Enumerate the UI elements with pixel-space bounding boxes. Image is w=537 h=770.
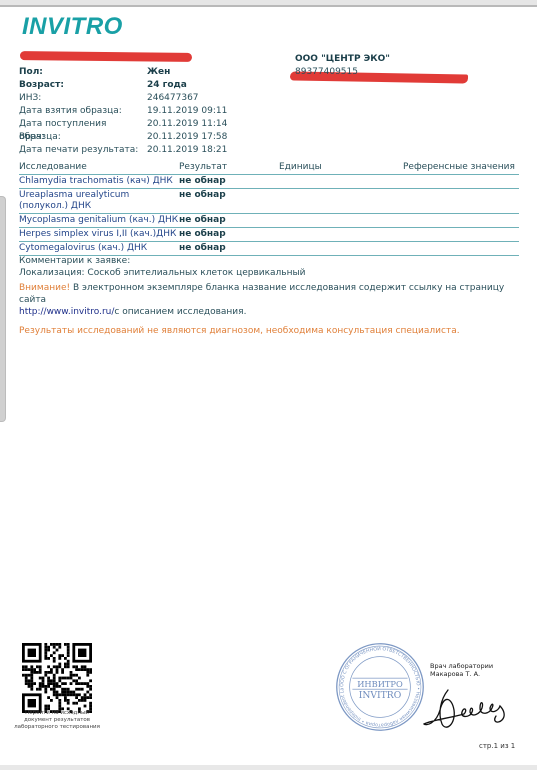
table-row: Herpes simplex virus I,II (кач.)ДНКне об… bbox=[19, 228, 519, 242]
stamp-text-top: ИНВИТРО bbox=[357, 679, 403, 689]
field-value: 24 года bbox=[147, 79, 187, 92]
test-reference bbox=[403, 176, 519, 187]
test-result: не обнар bbox=[179, 243, 279, 254]
header-reference: Референсные значения bbox=[403, 161, 519, 174]
test-units bbox=[279, 176, 403, 187]
organization-phone: 89377409515 bbox=[295, 66, 390, 79]
table-row: Mycoplasma genitalium (кач.) ДНКне обнар bbox=[19, 214, 519, 228]
field-label: ИНЗ: bbox=[19, 92, 147, 105]
field-label: Дата взятия образца: bbox=[19, 105, 147, 118]
table-row: Cytomegalovirus (кач.) ДНКне обнар bbox=[19, 242, 519, 256]
invitro-logo: INVITRO bbox=[22, 13, 123, 41]
table-row: Ureaplasma urealyticum (полукол.) ДНКне … bbox=[19, 189, 519, 214]
field-value: 246477367 bbox=[147, 92, 199, 105]
organization-name: ООО "ЦЕНТР ЭКО" bbox=[295, 53, 390, 66]
table-header: Исследование Результат Единицы Референсн… bbox=[19, 161, 519, 175]
table-row: Chlamydia trachomatis (кач) ДНКне обнар bbox=[19, 175, 519, 189]
patient-field-row: Дата печати результата:20.11.2019 18:21 bbox=[19, 144, 227, 157]
test-reference bbox=[403, 243, 519, 254]
test-name[interactable]: Mycoplasma genitalium (кач.) ДНК bbox=[19, 215, 179, 226]
link-suffix: с описанием исследования. bbox=[114, 307, 246, 317]
signer-title: Врач лаборатории bbox=[430, 662, 493, 670]
redacted-patient-name bbox=[20, 51, 192, 62]
test-result: не обнар bbox=[179, 190, 279, 212]
field-label: Врач: bbox=[19, 131, 147, 144]
test-reference bbox=[403, 229, 519, 240]
test-units bbox=[279, 190, 403, 212]
field-label: Дата печати результата: bbox=[19, 144, 147, 157]
warning-paragraph: Внимание! В электронном экземпляре бланк… bbox=[19, 282, 519, 318]
comments-title: Комментарии к заявке: bbox=[19, 255, 519, 267]
header-units: Единицы bbox=[279, 161, 403, 174]
test-name[interactable]: Ureaplasma urealyticum (полукол.) ДНК bbox=[19, 190, 179, 212]
test-units bbox=[279, 243, 403, 254]
patient-field-row: Дата взятия образца:19.11.2019 09:11 bbox=[19, 105, 227, 118]
test-name[interactable]: Chlamydia trachomatis (кач) ДНК bbox=[19, 176, 179, 187]
stamp-text-bottom: INVITRO bbox=[359, 690, 402, 701]
field-value: 20.11.2019 11:14 bbox=[147, 118, 227, 131]
test-result: не обнар bbox=[179, 229, 279, 240]
window-top-bar bbox=[0, 0, 537, 7]
window-bottom-bar bbox=[0, 765, 537, 770]
field-value: 19.11.2019 09:11 bbox=[147, 105, 227, 118]
header-result: Результат bbox=[179, 161, 279, 174]
test-units bbox=[279, 215, 403, 226]
qr-caption: Перейти на исходный документ результатов… bbox=[12, 710, 102, 731]
patient-field-row: Дата поступления образца:20.11.2019 11:1… bbox=[19, 118, 227, 131]
test-reference bbox=[403, 215, 519, 226]
field-label: Дата поступления образца: bbox=[19, 118, 147, 131]
test-name[interactable]: Herpes simplex virus I,II (кач.)ДНК bbox=[19, 229, 179, 240]
field-value: 20.11.2019 17:58 bbox=[147, 131, 227, 144]
scrollbar-thumb[interactable] bbox=[0, 196, 6, 422]
warning-text: В электронном экземпляре бланка название… bbox=[19, 283, 504, 305]
patient-field-row: Пол:Жен bbox=[19, 66, 227, 79]
test-reference bbox=[403, 190, 519, 212]
disclaimer-notice: Результаты исследований не являются диаг… bbox=[19, 325, 519, 337]
test-result: не обнар bbox=[179, 176, 279, 187]
field-value: 20.11.2019 18:21 bbox=[147, 144, 227, 157]
signer-block: Врач лаборатории Макарова Т. А. bbox=[430, 662, 493, 678]
organization-block: ООО "ЦЕНТР ЭКО" 89377409515 bbox=[295, 53, 390, 79]
patient-field-row: Врач:20.11.2019 17:58 bbox=[19, 131, 227, 144]
localization-text: Локализация: Соскоб эпителиальных клеток… bbox=[19, 267, 519, 279]
field-label: Пол: bbox=[19, 66, 147, 79]
page-number: стр.1 из 1 bbox=[479, 742, 515, 750]
test-name[interactable]: Cytomegalovirus (кач.) ДНК bbox=[19, 243, 179, 254]
comments-section: Комментарии к заявке: Локализация: Соско… bbox=[19, 255, 519, 337]
results-table: Исследование Результат Единицы Референсн… bbox=[19, 161, 519, 256]
test-units bbox=[279, 229, 403, 240]
test-result: не обнар bbox=[179, 215, 279, 226]
header-test: Исследование bbox=[19, 161, 179, 174]
field-value: Жен bbox=[147, 66, 170, 79]
patient-field-row: ИНЗ:246477367 bbox=[19, 92, 227, 105]
warning-label: Внимание! bbox=[19, 283, 70, 293]
signature bbox=[420, 680, 516, 734]
qr-code[interactable] bbox=[22, 643, 92, 713]
lab-stamp: ООО С ОГРАНИЧЕННОЙ ОТВЕТСТВЕННОСТЬЮ • Не… bbox=[334, 641, 426, 733]
signer-name: Макарова Т. А. bbox=[430, 670, 493, 678]
patient-field-row: Возраст:24 года bbox=[19, 79, 227, 92]
patient-info: Пол:ЖенВозраст:24 годаИНЗ:246477367Дата … bbox=[19, 66, 227, 157]
invitro-link[interactable]: http://www.invitro.ru/ bbox=[19, 307, 114, 317]
field-label: Возраст: bbox=[19, 79, 147, 92]
